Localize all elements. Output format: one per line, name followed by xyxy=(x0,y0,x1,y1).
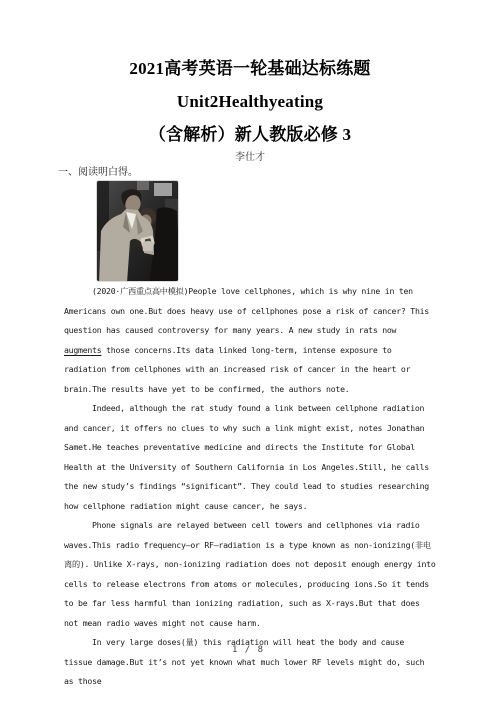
page-number-indicator: 1 / 8 xyxy=(0,644,496,656)
paragraph-1-text-after: those concerns.Its data linked long-term… xyxy=(64,345,410,394)
paragraph-2: Indeed, although the rat study found a l… xyxy=(64,399,436,516)
paragraph-4: In very large doses(量) this radiation wi… xyxy=(64,633,436,692)
title-line-1: 2021高考英语一轮基础达标练题 Unit2Healthyeating xyxy=(64,52,436,118)
title-line-2: （含解析）新人教版必修 3 xyxy=(64,118,436,151)
document-page: 2021高考英语一轮基础达标练题 Unit2Healthyeating （含解析… xyxy=(0,0,496,702)
article-photo xyxy=(96,180,179,282)
article-body: (2020·广西重点高中模拟)People love cellphones, w… xyxy=(64,282,436,692)
section-heading: 一、阅读明白得。 xyxy=(58,166,436,179)
author-name: 李仕才 xyxy=(64,151,436,165)
underlined-word-augments: augments xyxy=(64,345,101,355)
paragraph-3: Phone signals are relayed between cell t… xyxy=(64,516,436,633)
paragraph-1-text-before: (2020·广西重点高中模拟)People love cellphones, w… xyxy=(64,286,429,335)
man-with-cellphone-photo xyxy=(97,181,179,282)
paragraph-1: (2020·广西重点高中模拟)People love cellphones, w… xyxy=(64,282,436,399)
document-title: 2021高考英语一轮基础达标练题 Unit2Healthyeating （含解析… xyxy=(64,52,436,151)
document-content: 2021高考英语一轮基础达标练题 Unit2Healthyeating （含解析… xyxy=(0,52,496,692)
